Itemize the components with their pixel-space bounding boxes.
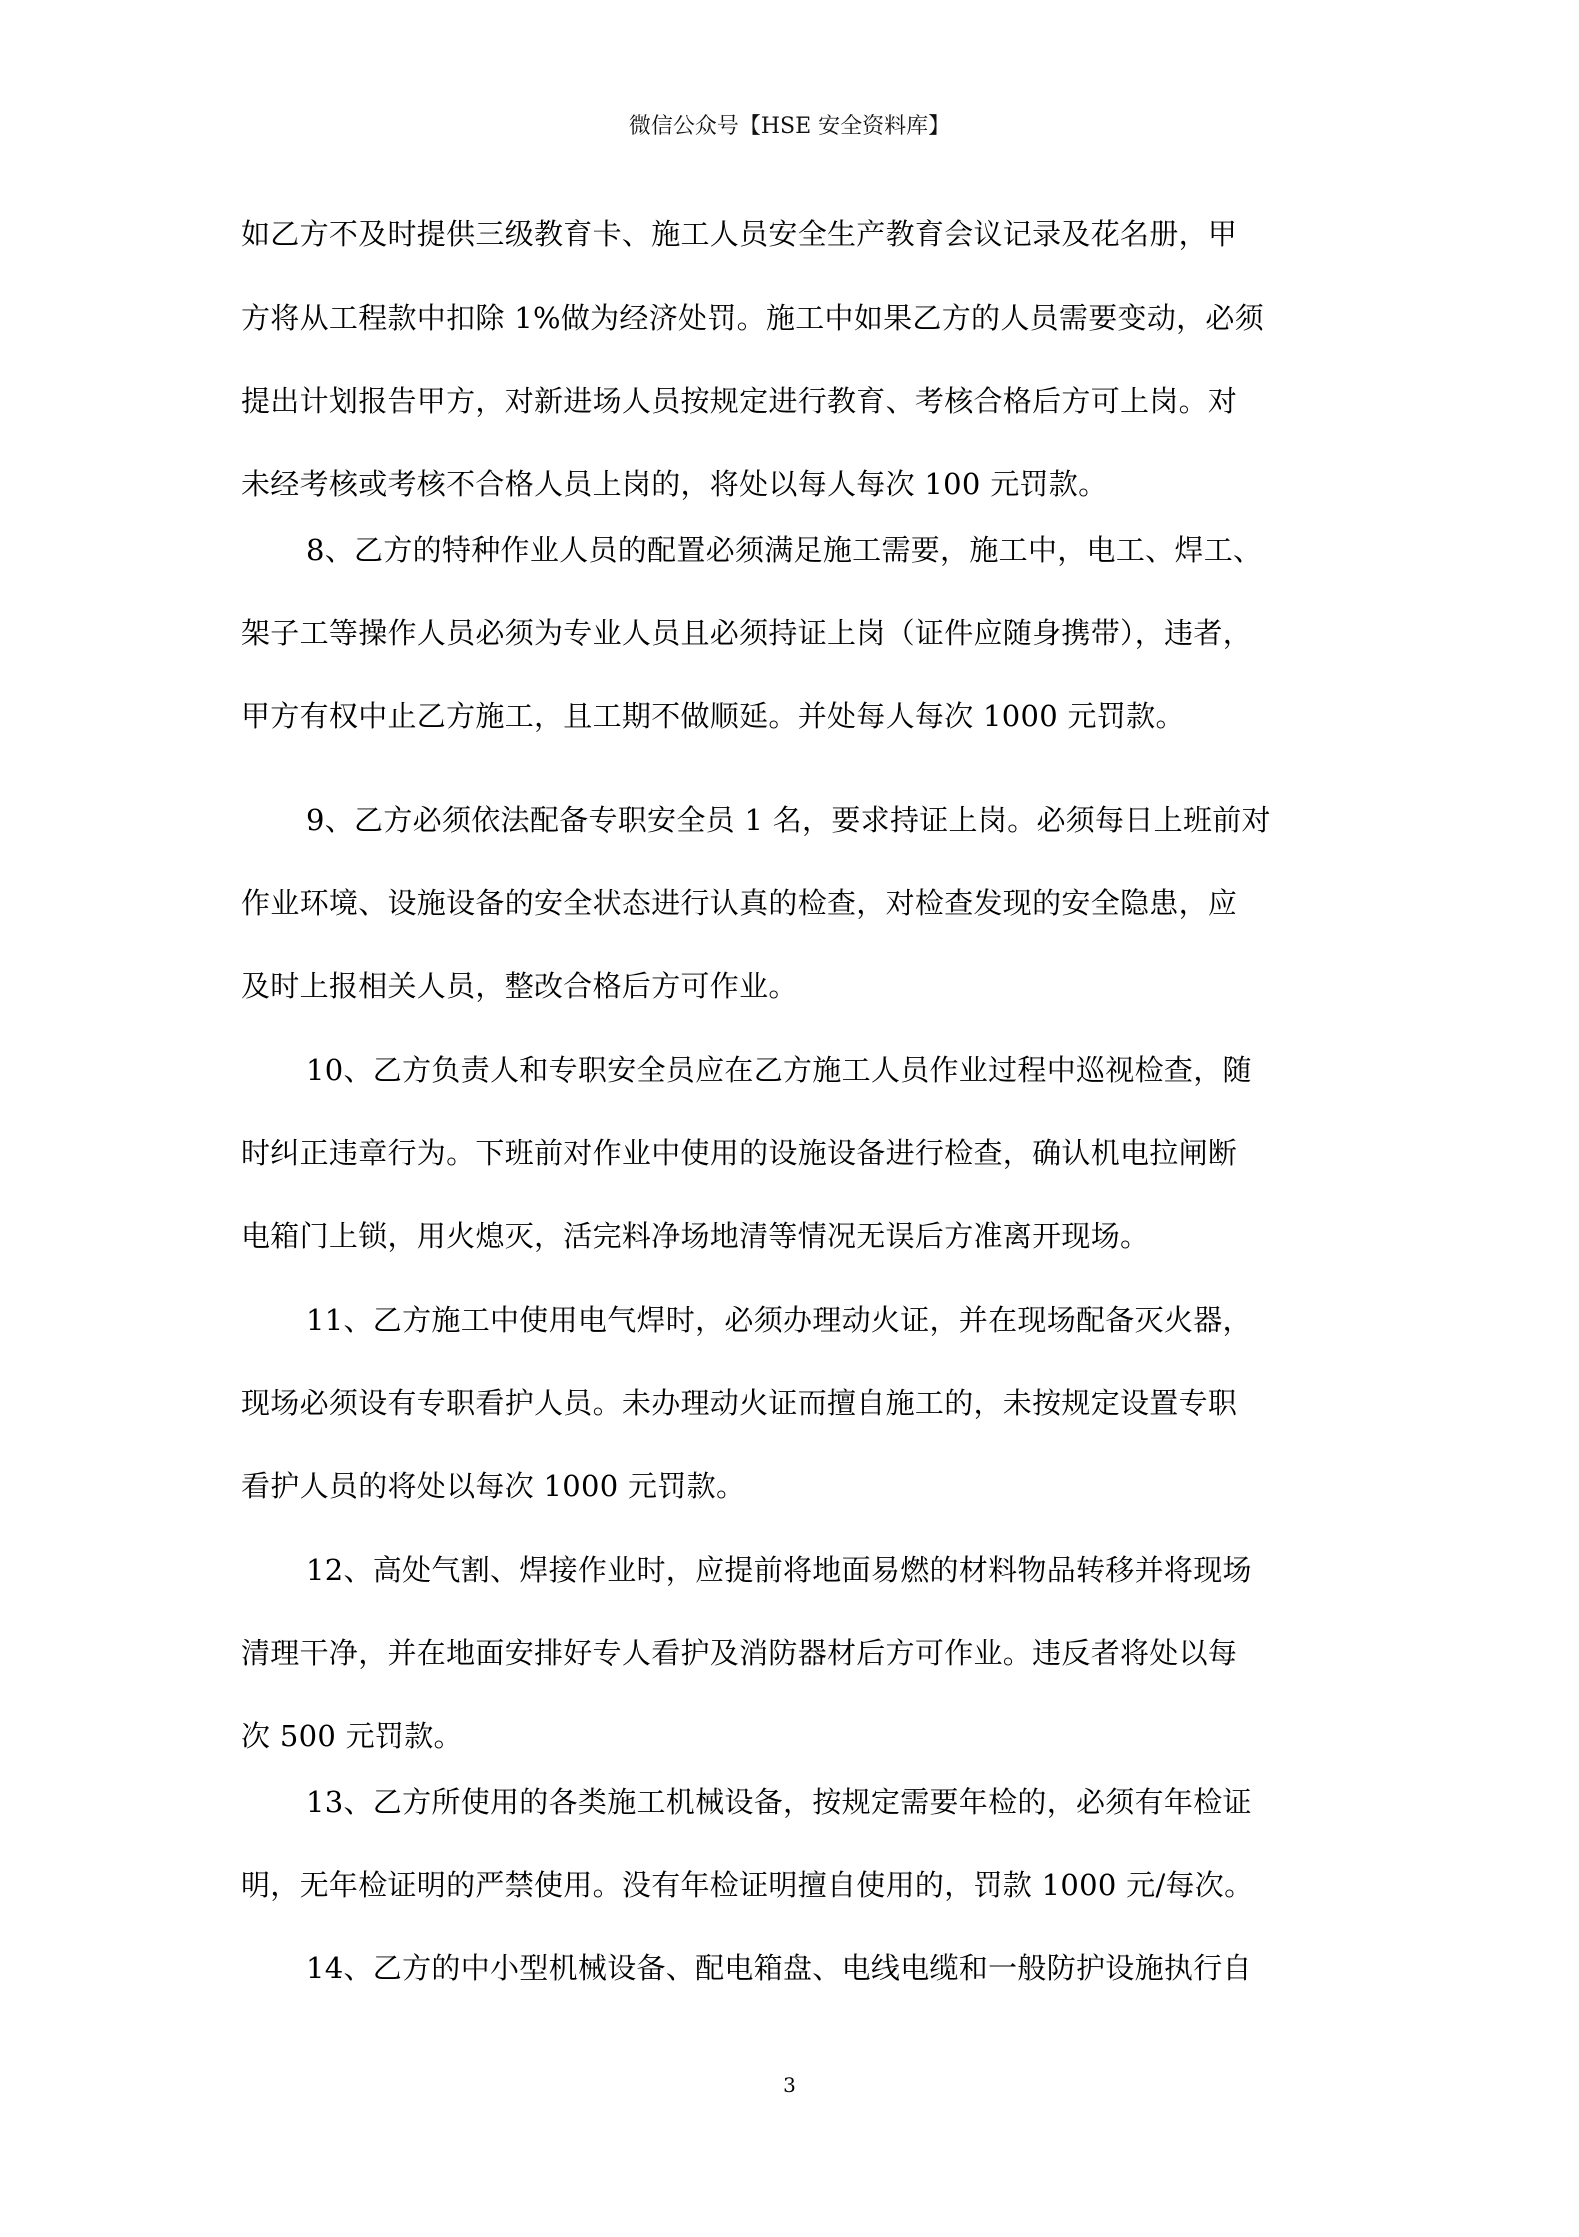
paragraph-11-first-line: 11、乙方施工中使用电气焊时，必须办理动火证，并在现场配备灭火器， [306, 1300, 1416, 1340]
body-line: 甲方有权中止乙方施工，且工期不做顺延。并处每人每次 1000 元罚款。 [241, 696, 1351, 736]
page-header: 微信公众号【HSE 安全资料库】 [0, 112, 1579, 142]
body-line: 清理干净，并在地面安排好专人看护及消防器材后方可作业。违反者将处以每 [241, 1633, 1351, 1673]
body-line: 看护人员的将处以每次 1000 元罚款。 [241, 1466, 1351, 1506]
page-number: 3 [0, 2072, 1579, 2098]
body-line: 电箱门上锁，用火熄灭，活完料净场地清等情况无误后方准离开现场。 [241, 1216, 1351, 1256]
body-line: 如乙方不及时提供三级教育卡、施工人员安全生产教育会议记录及花名册，甲 [241, 214, 1351, 254]
body-line: 未经考核或考核不合格人员上岗的，将处以每人每次 100 元罚款。 [241, 464, 1351, 504]
paragraph-13-first-line: 13、乙方所使用的各类施工机械设备，按规定需要年检的，必须有年检证 [306, 1782, 1416, 1822]
body-line: 提出计划报告甲方，对新进场人员按规定进行教育、考核合格后方可上岗。对 [241, 381, 1351, 421]
paragraph-8-first-line: 8、乙方的特种作业人员的配置必须满足施工需要，施工中，电工、焊工、 [306, 530, 1416, 570]
body-line: 次 500 元罚款。 [241, 1716, 1351, 1756]
paragraph-10-first-line: 10、乙方负责人和专职安全员应在乙方施工人员作业过程中巡视检查，随 [306, 1050, 1416, 1090]
paragraph-9-first-line: 9、乙方必须依法配备专职安全员 1 名，要求持证上岗。必须每日上班前对 [306, 800, 1416, 840]
body-line: 时纠正违章行为。下班前对作业中使用的设施设备进行检查，确认机电拉闸断 [241, 1133, 1351, 1173]
body-line: 方将从工程款中扣除 1%做为经济处罚。施工中如果乙方的人员需要变动，必须 [241, 298, 1351, 338]
paragraph-12-first-line: 12、高处气割、焊接作业时，应提前将地面易燃的材料物品转移并将现场 [306, 1550, 1416, 1590]
body-line: 架子工等操作人员必须为专业人员且必须持证上岗（证件应随身携带），违者， [241, 613, 1351, 653]
body-line: 作业环境、设施设备的安全状态进行认真的检查，对检查发现的安全隐患，应 [241, 883, 1351, 923]
body-line: 及时上报相关人员，整改合格后方可作业。 [241, 966, 1351, 1006]
body-line: 明，无年检证明的严禁使用。没有年检证明擅自使用的，罚款 1000 元/每次。 [241, 1865, 1351, 1905]
paragraph-14-first-line: 14、乙方的中小型机械设备、配电箱盘、电线电缆和一般防护设施执行自 [306, 1948, 1416, 1988]
body-line: 现场必须设有专职看护人员。未办理动火证而擅自施工的，未按规定设置专职 [241, 1383, 1351, 1423]
